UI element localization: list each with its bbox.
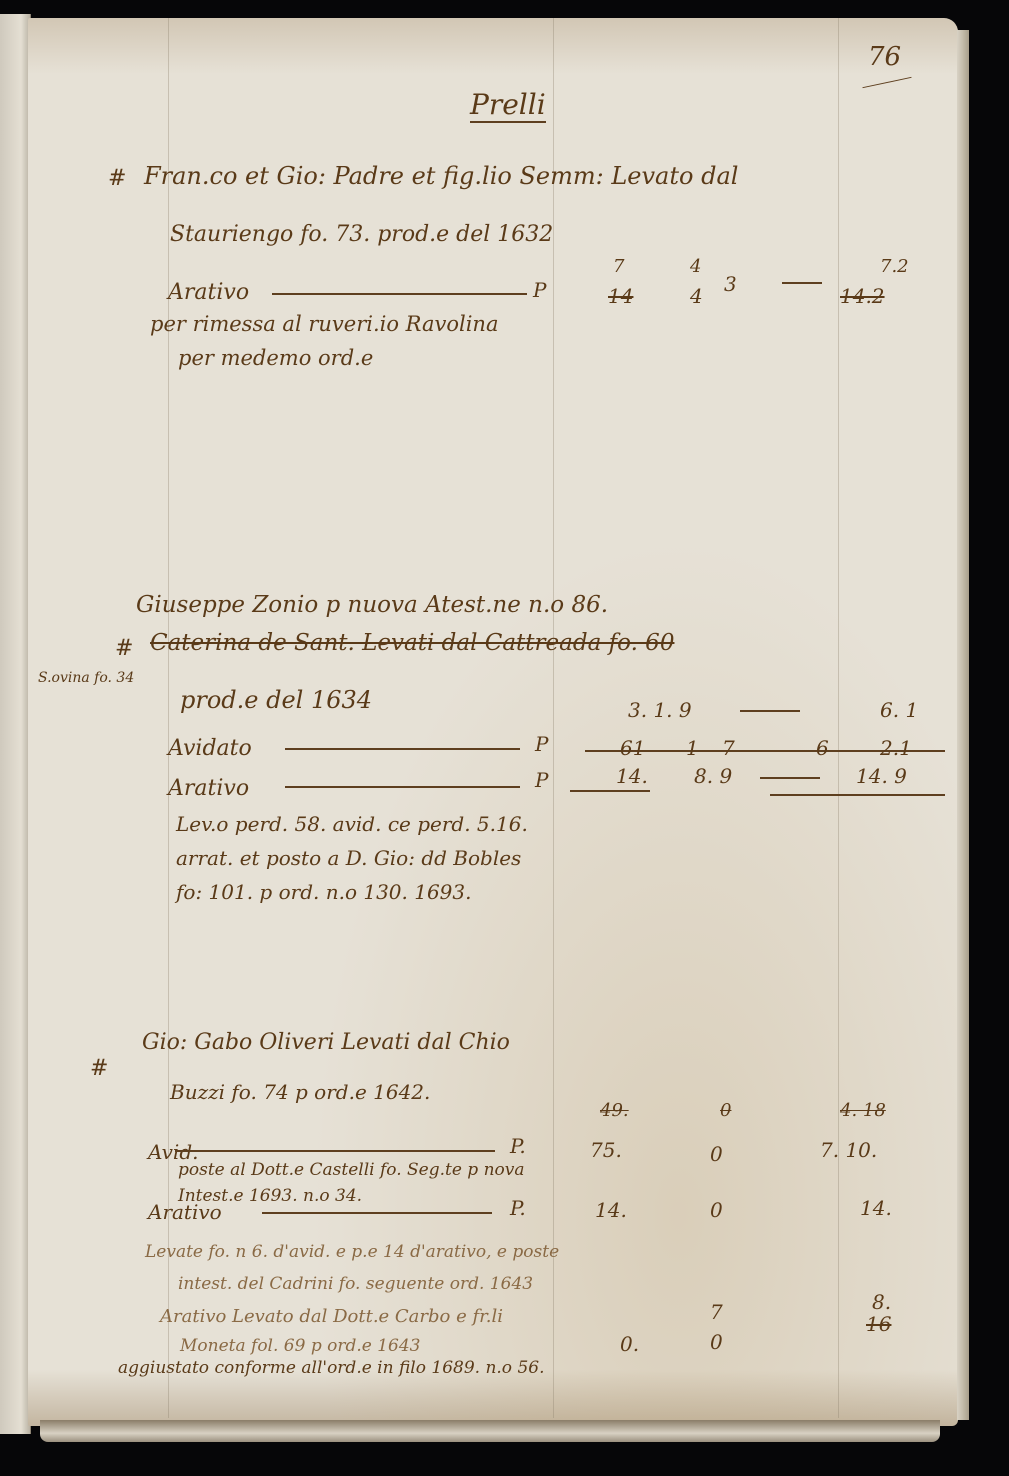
faded-value: 8. <box>872 1290 891 1314</box>
value-cell: 14.2 <box>840 284 885 308</box>
value-cell: 14. <box>595 1198 627 1222</box>
leader-line <box>262 1212 492 1214</box>
unit-mark: P <box>535 732 548 756</box>
value-cell: 7. 10. <box>820 1138 877 1162</box>
faded-value: 0. <box>620 1332 639 1356</box>
value-super: 4 <box>690 256 701 277</box>
value-cell: 0 <box>710 1142 723 1166</box>
value-cell: 49. <box>600 1100 629 1121</box>
value-cell: 75. <box>590 1138 622 1162</box>
value-cell: 8. 9 <box>694 764 732 788</box>
entry-2-row-label: Arativo <box>168 776 249 801</box>
bottom-page-edges <box>40 1420 940 1442</box>
value-cell: 3 <box>724 272 737 296</box>
entry-1-note: per rimessa al ruveri.io Ravolina <box>150 312 498 336</box>
dash <box>760 777 820 779</box>
faded-value: 16 <box>866 1312 891 1336</box>
dash <box>782 282 822 284</box>
value-cell: 1 <box>686 736 699 760</box>
value-cell: 4. 18 <box>840 1100 886 1121</box>
faded-value: 0 <box>710 1330 723 1354</box>
faded-note: Levate fo. n 6. d'avid. e p.e 14 d'arati… <box>145 1242 559 1262</box>
strike-line <box>570 790 650 792</box>
entry-2-line-2: Caterina de Sant. Levati dal Cattreada f… <box>150 630 674 656</box>
entry-marker: # <box>108 166 126 191</box>
entry-3-row-label: Arativo <box>148 1200 222 1224</box>
entry-marker: # <box>90 1056 108 1081</box>
faded-note: Arativo Levato dal Dott.e Carbo e fr.li <box>160 1306 503 1327</box>
entry-1-line-2: Stauriengo fo. 73. prod.e del 1632 <box>170 222 553 247</box>
value-cell: 6 <box>816 736 829 760</box>
faded-value: 7 <box>710 1300 723 1324</box>
entry-3-line-1: Gio: Gabo Oliveri Levati dal Chio <box>142 1030 510 1055</box>
entry-2-note: arrat. et posto a D. Gio: dd Bobles <box>176 846 521 870</box>
unit-mark: P. <box>510 1196 526 1220</box>
unit-mark: P <box>535 768 548 792</box>
entry-3-line-2: Buzzi fo. 74 p ord.e 1642. <box>170 1080 430 1104</box>
entry-2-line-3: prod.e del 1634 <box>180 686 372 714</box>
entry-2-line-1: Giuseppe Zonio p nuova Atest.ne n.o 86. <box>136 592 608 618</box>
value-cell: 61 <box>620 736 645 760</box>
value-cell: 14. <box>860 1196 892 1220</box>
entry-1-note: per medemo ord.e <box>178 346 373 370</box>
margin-note: S.ovina fo. 34 <box>38 670 134 686</box>
faded-note: Moneta fol. 69 p ord.e 1643 <box>180 1336 421 1356</box>
leader-line <box>175 1150 495 1152</box>
entry-1-line-1: Fran.co et Gio: Padre et fig.lio Semm: L… <box>144 162 738 190</box>
value-cell: 4 <box>690 284 703 308</box>
unit-mark: P. <box>510 1134 526 1158</box>
value-cell: 0 <box>710 1198 723 1222</box>
column-ruling-right <box>838 18 839 1418</box>
entry-1-row-label: Arativo <box>168 280 249 305</box>
leader-line <box>285 786 520 788</box>
folio-number: 76 <box>868 42 901 72</box>
value-cell: 14. <box>616 764 648 788</box>
value-cell: 3. 1. 9 <box>628 698 692 722</box>
value-cell: 0 <box>720 1100 731 1121</box>
faded-note: intest. del Cadrini fo. seguente ord. 16… <box>178 1274 533 1294</box>
page-heading: Prelli <box>470 88 546 123</box>
value-super: 7.2 <box>880 256 909 277</box>
leader-line <box>272 293 527 295</box>
value-cell: 6. 1 <box>880 698 918 722</box>
value-super: 7 <box>613 256 624 277</box>
value-cell: 7 <box>722 736 735 760</box>
value-cell: 14. 9 <box>856 764 907 788</box>
leader-line <box>285 748 520 750</box>
entry-2-note: fo: 101. p ord. n.o 130. 1693. <box>176 880 472 904</box>
value-cell: 14 <box>608 284 633 308</box>
strike-line <box>770 794 945 796</box>
value-cell: 2.1 <box>880 736 912 760</box>
unit-mark: P <box>533 278 546 302</box>
final-note: aggiustato conforme all'ord.e in filo 16… <box>118 1358 545 1378</box>
entry-3-note: poste al Dott.e Castelli fo. Seg.te p no… <box>178 1160 525 1180</box>
dash <box>740 710 800 712</box>
facing-left-page <box>0 14 31 1434</box>
page-edge-stack <box>957 30 969 1420</box>
entry-marker: # <box>115 636 133 661</box>
entry-2-row-label: Avidato <box>168 736 252 761</box>
entry-2-note: Lev.o perd. 58. avid. ce perd. 5.16. <box>176 812 528 836</box>
